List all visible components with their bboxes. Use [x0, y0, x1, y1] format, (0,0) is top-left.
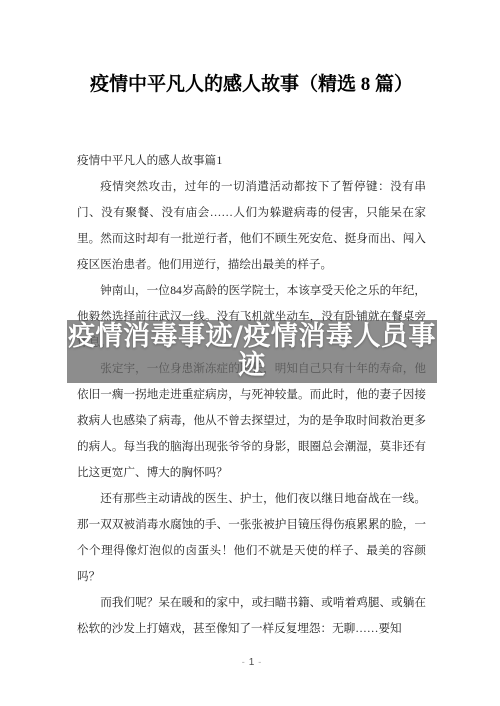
watermark-text-line2: 迹	[67, 351, 437, 380]
footer-dash-right: -	[258, 657, 261, 667]
section-heading: 疫情中平凡人的感人故事篇 1	[77, 148, 426, 174]
paragraph-ourselves: 而我们呢？呆在暖和的家中，或扫瞄书籍、或啃着鸡腿、或躺在松软的沙发上打嬉戏，甚至…	[77, 590, 426, 642]
footer-dash-left: -	[242, 657, 245, 667]
document-title: 疫情中平凡人的感人故事（精选 8 篇）	[77, 71, 426, 99]
document-page: 疫情中平凡人的感人故事（精选 8 篇） 疫情中平凡人的感人故事篇 1 疫情突然攻…	[0, 0, 500, 706]
watermark-text-line1: 疫情消毒事迹/疫情消毒人员事	[67, 322, 437, 351]
paragraph-intro: 疫情突然攻击，过年的一切消遣活动都按下了暂停键：没有串门、没有聚餐、没有庙会………	[77, 174, 426, 278]
footer-page-number: 1	[249, 657, 255, 668]
page-footer: -1-	[77, 655, 426, 670]
paragraph-doctors-nurses: 还有那些主动请战的医生、护士，他们夜以继日地奋战在一线。那一双双被消毒水腐蚀的手…	[77, 486, 426, 590]
watermark-banner: 疫情消毒事迹/疫情消毒人员事 迹	[67, 320, 437, 383]
